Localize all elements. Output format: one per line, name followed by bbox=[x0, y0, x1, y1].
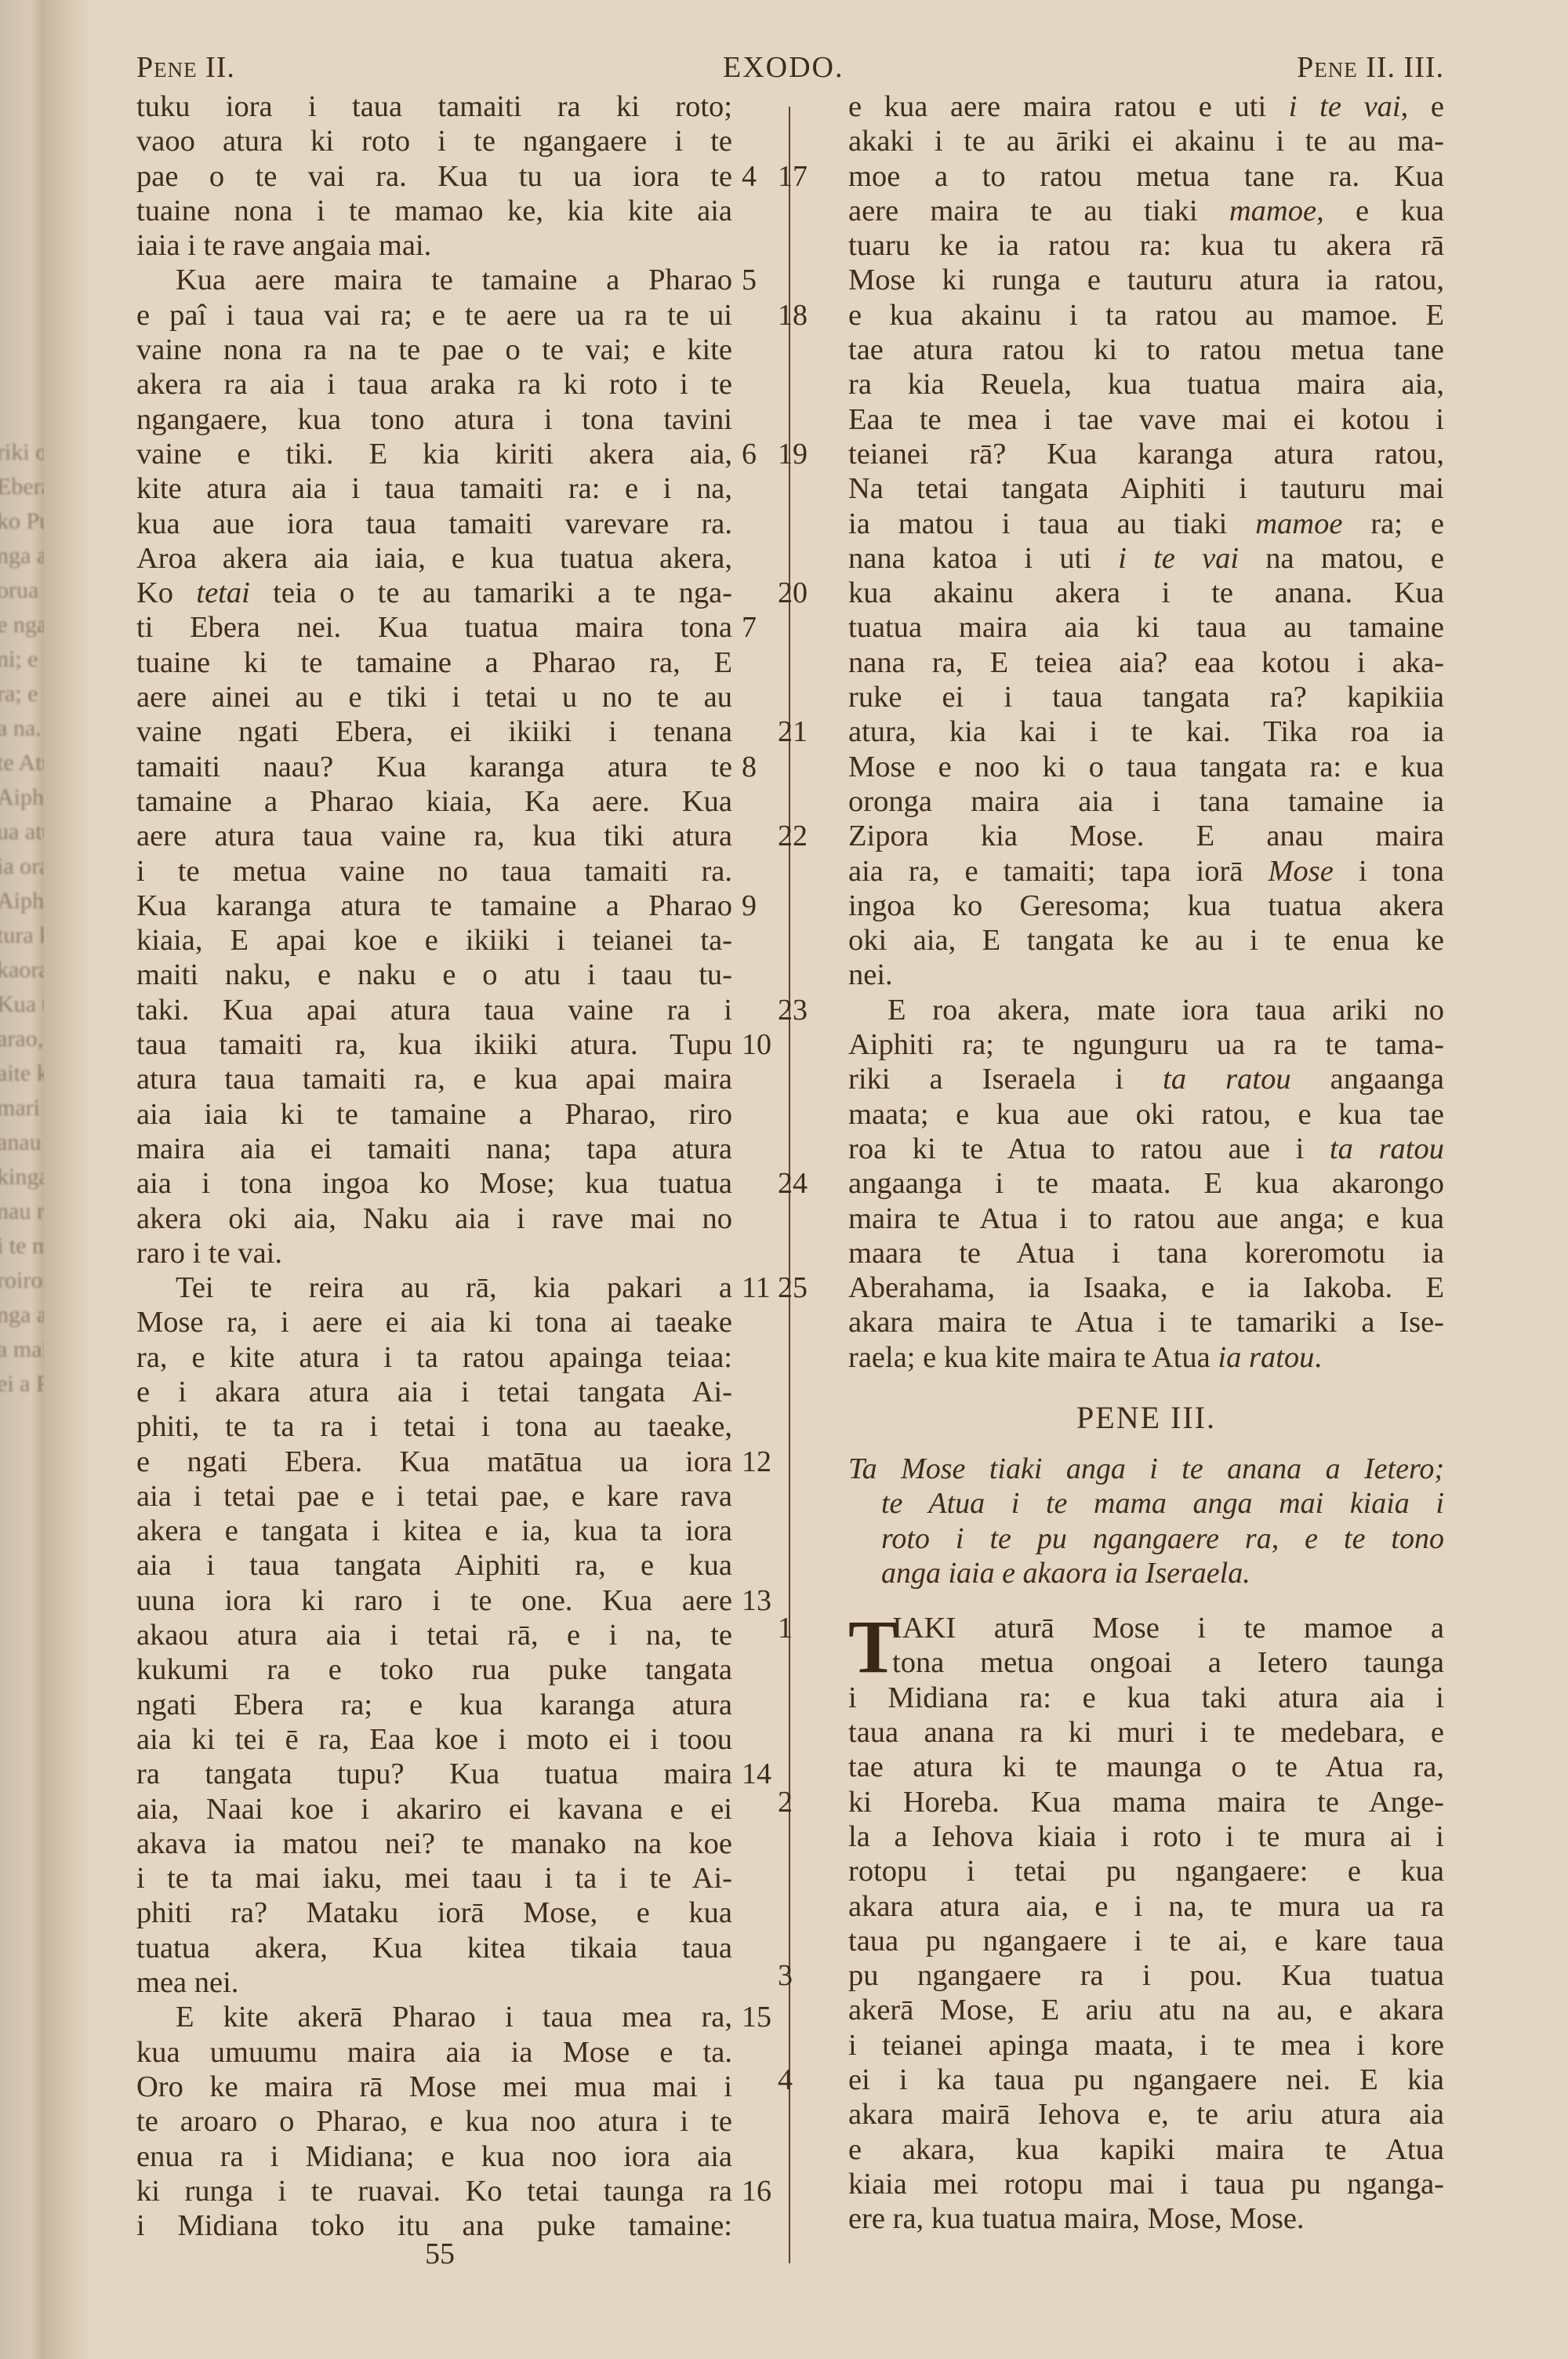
verse-number: 4 bbox=[778, 2063, 833, 2097]
text-line: ngati Ebera ra; e kua karanga atura bbox=[136, 1688, 732, 1722]
text-line: e kua akainu i ta ratou au mamoe. E18 bbox=[848, 298, 1444, 333]
italic-span: i te vai bbox=[1118, 542, 1239, 575]
text-line: la a Iehova kiaia i roto i te mura ai i bbox=[848, 1819, 1444, 1854]
italic-span: tetai bbox=[196, 576, 249, 609]
text-line: kiaia mei rotopu mai i taua pu nganga- bbox=[848, 2167, 1444, 2201]
text-line: uuna iora ki raro i te one. Kua aere13 bbox=[136, 1583, 732, 1618]
text-line: tamaiti naau? Kua karanga atura te8 bbox=[136, 750, 732, 784]
text-line: akera e tangata i kitea e ia, kua ta ior… bbox=[136, 1514, 732, 1548]
text-line: Ko tetai teia o te au tamariki a te nga- bbox=[136, 576, 732, 610]
italic-span: ta ratou bbox=[1330, 1132, 1444, 1165]
text-line: aia ki tei ē ra, Eaa koe i moto ei i too… bbox=[136, 1722, 732, 1757]
left-column: tuku iora i taua tamaiti ra ki roto;vaoo… bbox=[136, 89, 732, 2243]
text-line: maiti naku, e naku e o atu i taau tu- bbox=[136, 958, 732, 992]
italic-span: i te vai bbox=[1289, 90, 1401, 123]
text-line: IAKI aturā Mose i te mamoe a1 bbox=[848, 1611, 1444, 1645]
text-line: Tei te reira au rā, kia pakari a11 bbox=[136, 1270, 732, 1305]
text-line: Kua karanga atura te tamaine a Pharao9 bbox=[136, 889, 732, 923]
text-line: angaanga i te maata. E kua akarongo24 bbox=[848, 1166, 1444, 1201]
verse-number: 12 bbox=[742, 1445, 789, 1479]
text-line: atura taua tamaiti ra, e kua apai maira bbox=[136, 1062, 732, 1096]
text-line: nana katoa i uti i te vai na matou, e bbox=[848, 541, 1444, 576]
book-page: Pene II. EXODO. Pene II. III. tuku iora … bbox=[0, 0, 1568, 2359]
text-line: taua tamaiti ra, kua ikiiki atura. Tupu1… bbox=[136, 1027, 732, 1062]
text-line: akera oki aia, Naku aia i rave mai no bbox=[136, 1201, 732, 1236]
text-line: Mose ra, i aere ei aia ki tona ai taeake bbox=[136, 1305, 732, 1339]
verse-number: 5 bbox=[742, 263, 789, 297]
text-line: Aroa akera aia iaia, e kua tuatua akera, bbox=[136, 541, 732, 576]
text-line: tae atura ki te maunga o te Atua ra, bbox=[848, 1750, 1444, 1784]
text-line: E roa akera, mate iora taua ariki no23 bbox=[848, 993, 1444, 1027]
verse-number: 7 bbox=[742, 610, 789, 645]
text-line: aere maira te au tiaki mamoe, e kua bbox=[848, 194, 1444, 228]
text-line: Oro ke maira rā Mose mei mua mai i bbox=[136, 2070, 732, 2104]
text-line: oronga maira aia i tana tamaine ia bbox=[848, 784, 1444, 819]
text-line: atura, kia kai i te kai. Tika roa ia21 bbox=[848, 714, 1444, 749]
text-line: taua pu ngangaere i te ai, e kare taua bbox=[848, 1924, 1444, 1958]
verse-number: 15 bbox=[742, 2000, 789, 2034]
text-line: akera ra aia i taua araka ra ki roto i t… bbox=[136, 367, 732, 402]
text-line: enua ra i Midiana; e kua noo iora aia bbox=[136, 2139, 732, 2174]
text-line: kukumi ra e toko rua puke tangata bbox=[136, 1652, 732, 1687]
text-line: Kua aere maira te tamaine a Pharao5 bbox=[136, 263, 732, 297]
text-line: aia i tona ingoa ko Mose; kua tuatua bbox=[136, 1166, 732, 1201]
verse-number: 9 bbox=[742, 889, 789, 923]
text-line: tuaine nona i te mamao ke, kia kite aia bbox=[136, 194, 732, 228]
text-line: ki runga i te ruavai. Ko tetai taunga ra… bbox=[136, 2174, 732, 2208]
text-line: i Midiana ra: e kua taki atura aia i bbox=[848, 1681, 1444, 1715]
text-line: E kite akerā Pharao i taua mea ra,15 bbox=[136, 2000, 732, 2034]
running-head-left: Pene II. bbox=[136, 50, 235, 85]
text-line: nei. bbox=[848, 958, 1444, 992]
verse-number: 22 bbox=[778, 819, 833, 853]
right-column: e kua aere maira ratou e uti i te vai, e… bbox=[848, 89, 1444, 2237]
italic-span: ia ratou bbox=[1218, 1341, 1314, 1374]
running-head-book-title: EXODO. bbox=[723, 50, 844, 85]
text-line: pu ngangaere ra i pou. Kua tuatua3 bbox=[848, 1958, 1444, 1993]
text-line: akara atura aia, e i na, te mura ua ra bbox=[848, 1889, 1444, 1924]
text-line: vaine ngati Ebera, ei ikiiki i tenana bbox=[136, 714, 732, 749]
page-number: 55 bbox=[425, 2237, 455, 2271]
text-line: tona metua ongoai a Ietero taunga bbox=[848, 1645, 1444, 1680]
text-line: riki a Iseraela i ta ratou angaanga bbox=[848, 1062, 1444, 1096]
verse-number: 17 bbox=[778, 159, 833, 194]
text-line: ki Horeba. Kua mama maira te Ange-2 bbox=[848, 1785, 1444, 1819]
verse-number: 1 bbox=[778, 1611, 833, 1645]
text-line: maira te Atua i to ratou aue anga; e kua bbox=[848, 1201, 1444, 1236]
text-line: raela; e kua kite maira te Atua ia ratou… bbox=[848, 1340, 1444, 1375]
verse-number: 2 bbox=[778, 1785, 833, 1819]
text-line: phiti, te ta ra i tetai i tona au taeake… bbox=[136, 1409, 732, 1444]
verse-number: 24 bbox=[778, 1166, 833, 1201]
text-line: ra tangata tupu? Kua tuatua maira14 bbox=[136, 1757, 732, 1791]
text-line: taua anana ra ki muri i te medebara, e bbox=[848, 1715, 1444, 1750]
text-line: ruke ei i taua tangata ra? kapikiia bbox=[848, 680, 1444, 714]
text-line: phiti ra? Mataku iorā Mose, e kua bbox=[136, 1896, 732, 1930]
chapter-summary: Ta Mose tiaki anga i te anana a Ietero;t… bbox=[848, 1452, 1444, 1590]
text-line: ingoa ko Geresoma; kua tuatua akera bbox=[848, 889, 1444, 923]
text-line: Mose ki runga e tauturu atura ia ratou, bbox=[848, 263, 1444, 297]
text-line: rotopu i tetai pu ngangaere: e kua bbox=[848, 1854, 1444, 1888]
text-line: akara mairā Iehova e, te ariu atura aia bbox=[848, 2097, 1444, 2132]
text-line: iaia i te rave angaia mai. bbox=[136, 228, 732, 263]
summary-line: Ta Mose tiaki anga i te anana a Ietero; bbox=[848, 1452, 1444, 1486]
text-line: maara te Atua i tana koreromotu ia bbox=[848, 1236, 1444, 1270]
running-head: Pene II. EXODO. Pene II. III. bbox=[136, 50, 1444, 89]
text-line: maata; e kua aue oki ratou, e kua tae bbox=[848, 1097, 1444, 1132]
text-line: aere ainei au e tiki i tetai u no te au bbox=[136, 680, 732, 714]
text-line: oki aia, E tangata ke au i te enua ke bbox=[848, 923, 1444, 958]
text-line: aia ra, e tamaiti; tapa iorā Mose i tona bbox=[848, 854, 1444, 889]
text-line: ra kia Reuela, kua tuatua maira aia, bbox=[848, 367, 1444, 402]
verse-number: 18 bbox=[778, 298, 833, 333]
text-line: e akara, kua kapiki maira te Atua bbox=[848, 2132, 1444, 2167]
text-line: tuaine ki te tamaine a Pharao ra, E bbox=[136, 645, 732, 680]
verse-number: 16 bbox=[742, 2174, 789, 2208]
text-line: tamaine a Pharao kiaia, Ka aere. Kua bbox=[136, 784, 732, 819]
text-line: Aiphiti ra; te ngunguru ua ra te tama- bbox=[848, 1027, 1444, 1062]
text-line: ere ra, kua tuatua maira, Mose, Mose. bbox=[848, 2201, 1444, 2236]
text-line: aia, Naai koe i akariro ei kavana e ei bbox=[136, 1792, 732, 1826]
text-line: akava ia matou nei? te manako na koe bbox=[136, 1826, 732, 1861]
text-line: e paî i taua vai ra; e te aere ua ra te … bbox=[136, 298, 732, 333]
text-line: akaki i te au āriki ei akainu i te au ma… bbox=[848, 124, 1444, 158]
text-line: ei i ka taua pu ngangaere nei. E kia4 bbox=[848, 2063, 1444, 2097]
italic-span: ta ratou bbox=[1163, 1063, 1290, 1096]
text-line: Aberahama, ia Isaaka, e ia Iakoba. E25 bbox=[848, 1270, 1444, 1305]
text-line: maira aia ei tamaiti nana; tapa atura bbox=[136, 1132, 732, 1166]
text-line: tae atura ratou ki to ratou metua tane bbox=[848, 333, 1444, 367]
text-line: akaou atura aia i tetai rā, e i na, te bbox=[136, 1618, 732, 1652]
text-line: tuaru ke ia ratou ra: kua tu akera rā bbox=[848, 228, 1444, 263]
text-line: Na tetai tangata Aiphiti i tauturu mai bbox=[848, 471, 1444, 506]
text-line: raro i te vai. bbox=[136, 1236, 732, 1270]
text-line: nana ra, E teiea aia? eaa kotou i aka- bbox=[848, 645, 1444, 680]
verse-number: 20 bbox=[778, 576, 833, 610]
italic-span: Mose bbox=[1268, 855, 1333, 888]
text-line: vaine nona ra na te pae o te vai; e kite bbox=[136, 333, 732, 367]
italic-span: mamoe bbox=[1229, 194, 1316, 227]
text-line: vaine e tiki. E kia kiriti akera aia,6 bbox=[136, 437, 732, 471]
text-line: pae o te vai ra. Kua tu ua iora te4 bbox=[136, 159, 732, 194]
text-line: e ngati Ebera. Kua matātua ua iora12 bbox=[136, 1445, 732, 1479]
text-line: tuatua maira aia ki taua au tamaine bbox=[848, 610, 1444, 645]
verse-number: 21 bbox=[778, 714, 833, 749]
text-line: i teianei apinga maata, i te mea i kore bbox=[848, 2028, 1444, 2063]
text-line: e i akara atura aia i tetai tangata Ai- bbox=[136, 1375, 732, 1409]
verse-number: 10 bbox=[742, 1027, 789, 1062]
summary-line: anga iaia e akaora ia Iseraela. bbox=[848, 1556, 1444, 1590]
verse-number: 25 bbox=[778, 1270, 833, 1305]
text-line: aia iaia ki te tamaine a Pharao, riro bbox=[136, 1097, 732, 1132]
text-line: kiaia, E apai koe e ikiiki i teianei ta- bbox=[136, 923, 732, 958]
text-line: te aroaro o Pharao, e kua noo atura i te bbox=[136, 2104, 732, 2139]
chapter-title: PENE III. bbox=[848, 1375, 1444, 1452]
text-line: aia i taua tangata Aiphiti ra, e kua bbox=[136, 1548, 732, 1583]
summary-line: te Atua i te mama anga mai kiaia i bbox=[848, 1486, 1444, 1521]
text-line: tuku iora i taua tamaiti ra ki roto; bbox=[136, 89, 732, 124]
verse-number: 8 bbox=[742, 750, 789, 784]
text-line: Eaa te mea i tae vave mai ei kotou i bbox=[848, 402, 1444, 437]
text-line: mea nei. bbox=[136, 1965, 732, 2000]
verse-number: 3 bbox=[778, 1958, 833, 1993]
text-line: kua akainu akera i te anana. Kua20 bbox=[848, 576, 1444, 610]
text-line: tuatua akera, Kua kitea tikaia taua bbox=[136, 1931, 732, 1965]
text-line: teianei rā? Kua karanga atura ratou,19 bbox=[848, 437, 1444, 471]
text-line: i te metua vaine no taua tamaiti ra. bbox=[136, 854, 732, 889]
text-line: moe a to ratou metua tane ra. Kua17 bbox=[848, 159, 1444, 194]
text-line: kite atura aia i taua tamaiti ra: e i na… bbox=[136, 471, 732, 506]
text-line: taki. Kua apai atura taua vaine ra i bbox=[136, 993, 732, 1027]
text-line: kua aue iora taua tamaiti varevare ra. bbox=[136, 507, 732, 541]
right-column-chapter-2-text: e kua aere maira ratou e uti i te vai, e… bbox=[848, 89, 1444, 1375]
text-line: aia i tetai pae e i tetai pae, e kare ra… bbox=[136, 1479, 732, 1514]
text-line: kua umuumu maira aia ia Mose e ta. bbox=[136, 2035, 732, 2070]
text-line: ra, e kite atura i ta ratou apainga teia… bbox=[136, 1340, 732, 1375]
summary-line: roto i te pu ngangaere ra, e te tono bbox=[848, 1521, 1444, 1556]
verse-number: 19 bbox=[778, 437, 833, 471]
text-line: i te ta mai iaku, mei taau i ta i te Ai- bbox=[136, 1861, 732, 1896]
italic-span: mamoe bbox=[1255, 507, 1342, 540]
text-line: Mose e noo ki o taua tangata ra: e kua bbox=[848, 750, 1444, 784]
text-line: Zipora kia Mose. E anau maira22 bbox=[848, 819, 1444, 853]
right-column-chapter-3-text: TIAKI aturā Mose i te mamoe a1tona metua… bbox=[848, 1611, 1444, 2236]
text-line: vaoo atura ki roto i te ngangaere i te bbox=[136, 124, 732, 158]
text-line: ti Ebera nei. Kua tuatua maira tona7 bbox=[136, 610, 732, 645]
text-line: e kua aere maira ratou e uti i te vai, e bbox=[848, 89, 1444, 124]
text-line: ia matou i taua au tiaki mamoe ra; e bbox=[848, 507, 1444, 541]
text-line: ngangaere, kua tono atura i tona tavini bbox=[136, 402, 732, 437]
text-line: akerā Mose, E ariu atu na au, e akara bbox=[848, 1993, 1444, 2027]
verse-number: 23 bbox=[778, 993, 833, 1027]
text-line: aere atura taua vaine ra, kua tiki atura bbox=[136, 819, 732, 853]
text-line: akara maira te Atua i te tamariki a Ise- bbox=[848, 1305, 1444, 1339]
running-head-right: Pene II. III. bbox=[1297, 50, 1444, 85]
text-line: roa ki te Atua to ratou aue i ta ratou bbox=[848, 1132, 1444, 1166]
